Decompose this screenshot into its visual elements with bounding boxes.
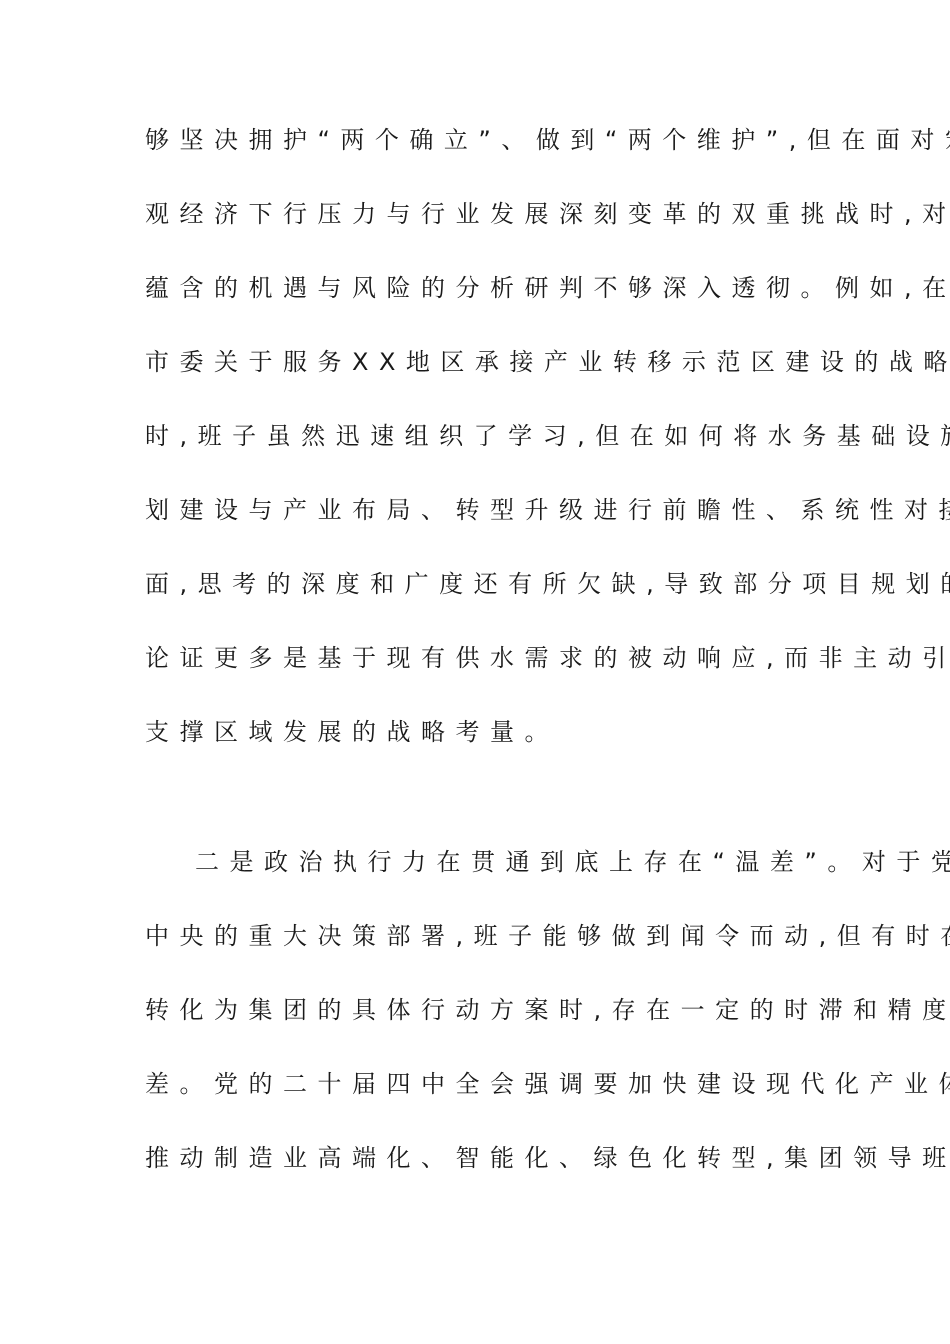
text-line: 二是政治执行力在贯通到底上存在“温差”。对于党 — [195, 842, 875, 882]
text-line: 中央的重大决策部署,班子能够做到闻令而动,但有时在将其 — [145, 916, 825, 956]
text-line: 推动制造业高端化、智能化、绿色化转型,集团领导班子在 — [145, 1138, 825, 1178]
text-line: 时,班子虽然迅速组织了学习,但在如何将水务基础设施的规 — [145, 416, 825, 456]
text-line: 够坚决拥护“两个确立”、做到“两个维护”,但在面对宏 — [145, 120, 825, 160]
text-line: 市委关于服务XX地区承接产业转移示范区建设的战略部署 — [145, 342, 825, 382]
text-line: 差。党的二十届四中全会强调要加快建设现代化产业体系, — [145, 1064, 825, 1104]
document-page: 够坚决拥护“两个确立”、做到“两个维护”,但在面对宏 观经济下行压力与行业发展深… — [0, 0, 950, 1344]
text-line: 支撑区域发展的战略考量。 — [145, 712, 825, 752]
text-line: 面,思考的深度和广度还有所欠缺,导致部分项目规划的前期 — [145, 564, 825, 604]
text-line: 论证更多是基于现有供水需求的被动响应,而非主动引领和 — [145, 638, 825, 678]
text-line: 观经济下行压力与行业发展深刻变革的双重挑战时,对其中 — [145, 194, 825, 234]
text-line: 蕴含的机遇与风险的分析研判不够深入透彻。例如,在响应 — [145, 268, 825, 308]
text-line: 划建设与产业布局、转型升级进行前瞻性、系统性对接方 — [145, 490, 825, 530]
text-line: 转化为集团的具体行动方案时,存在一定的时滞和精度偏 — [145, 990, 825, 1030]
